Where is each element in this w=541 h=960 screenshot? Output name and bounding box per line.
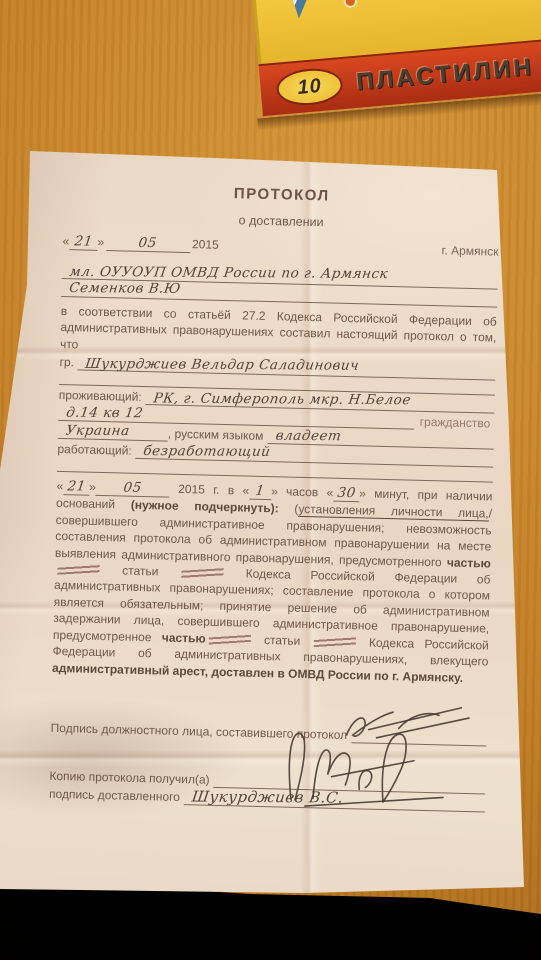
officer-handwritten-2: Семенков В.Ю	[60, 280, 181, 297]
delivered-signature-label: подпись доставленного	[49, 785, 184, 805]
photo-scene: 10 ПЛАСТИЛИН ПРОТОКОЛ о доставлении «21»…	[0, 0, 541, 960]
city-label: г. Армянск	[441, 242, 498, 260]
delivered-name-handwritten: Шукурджиев В.С.	[183, 788, 345, 805]
doc-title: ПРОТОКОЛ	[64, 182, 500, 209]
copy-received-block: Копию протокола получил(а) подпись доста…	[49, 766, 486, 813]
employment-handwritten: безработающий	[135, 443, 272, 460]
grounds-text: (	[278, 502, 298, 516]
grounds-bold-note: (нужное подчеркнуть):	[131, 498, 279, 516]
official-signature-block: Подпись должностного лица, составившего …	[50, 718, 486, 747]
grounds-hours-handwritten: 1	[255, 483, 266, 499]
crossed-blank	[57, 563, 99, 576]
grounds-text: статьи	[253, 632, 310, 647]
date-day-handwritten: 21	[73, 233, 93, 249]
residing-label: проживающий:	[59, 387, 146, 406]
crossed-blank	[181, 566, 223, 579]
residence-handwritten-1: РК, г. Симферополь мкр. Н.Белое	[144, 390, 411, 408]
protocol-paper: ПРОТОКОЛ о доставлении «21»052015 г. Арм…	[0, 0, 541, 960]
date-quote-close: »	[97, 234, 104, 251]
grounds-bold-final: доставлен в ОМВД России по г. Армянску.	[211, 664, 463, 684]
grounds-text: статьи	[102, 563, 178, 579]
plasticine-box: 10 ПЛАСТИЛИН	[250, 0, 541, 118]
grounds-text: 2015 г. в «	[170, 482, 250, 498]
grounds-bold-chast: частью	[447, 555, 491, 570]
grounds-minutes-handwritten: 30	[336, 485, 356, 501]
date-year: 2015	[192, 236, 219, 253]
language-handwritten: владеет	[266, 427, 342, 444]
box-art-cone-icon	[280, 0, 318, 20]
box-count: 10	[297, 74, 323, 99]
box-count-badge: 10	[275, 66, 344, 108]
document-content: ПРОТОКОЛ о доставлении «21»052015 г. Арм…	[49, 182, 500, 812]
official-signature-line: Подпись должностного лица, составившего …	[50, 718, 486, 747]
citizenship-label: гражданство	[414, 413, 495, 431]
crossed-blank	[313, 635, 355, 648]
grounds-bold-chast: частью	[162, 630, 206, 645]
employment-label: работающий:	[57, 441, 136, 459]
grounds-day-handwritten: 21	[66, 478, 86, 494]
language-label: , русским языком	[168, 425, 268, 444]
box-art-crayon-icon	[345, 0, 359, 6]
grounds-bold-arrest: административный арест,	[52, 660, 212, 678]
doc-subtitle: о доставлении	[63, 208, 499, 235]
date-line: «21»052015 г. Армянск	[62, 233, 498, 262]
citizen-label: гр.	[59, 354, 78, 371]
citizenship-handwritten: Украина	[57, 422, 131, 439]
grounds-text: » часов «	[271, 484, 333, 500]
box-title: ПЛАСТИЛИН	[355, 53, 535, 96]
citizen-name-handwritten: Шукурджиев Вельдар Саладинович	[77, 355, 361, 373]
crossed-blank	[209, 633, 251, 646]
official-signature-label: Подпись должностного лица, составившего …	[50, 719, 351, 743]
grounds-paragraph: «21»05 2015 г. в «1» часов «30» минут, п…	[52, 478, 493, 686]
date-month-handwritten: 05	[138, 235, 158, 251]
residence-handwritten-2: д.14 кв 12	[57, 404, 144, 421]
grounds-month-handwritten: 05	[123, 480, 143, 496]
